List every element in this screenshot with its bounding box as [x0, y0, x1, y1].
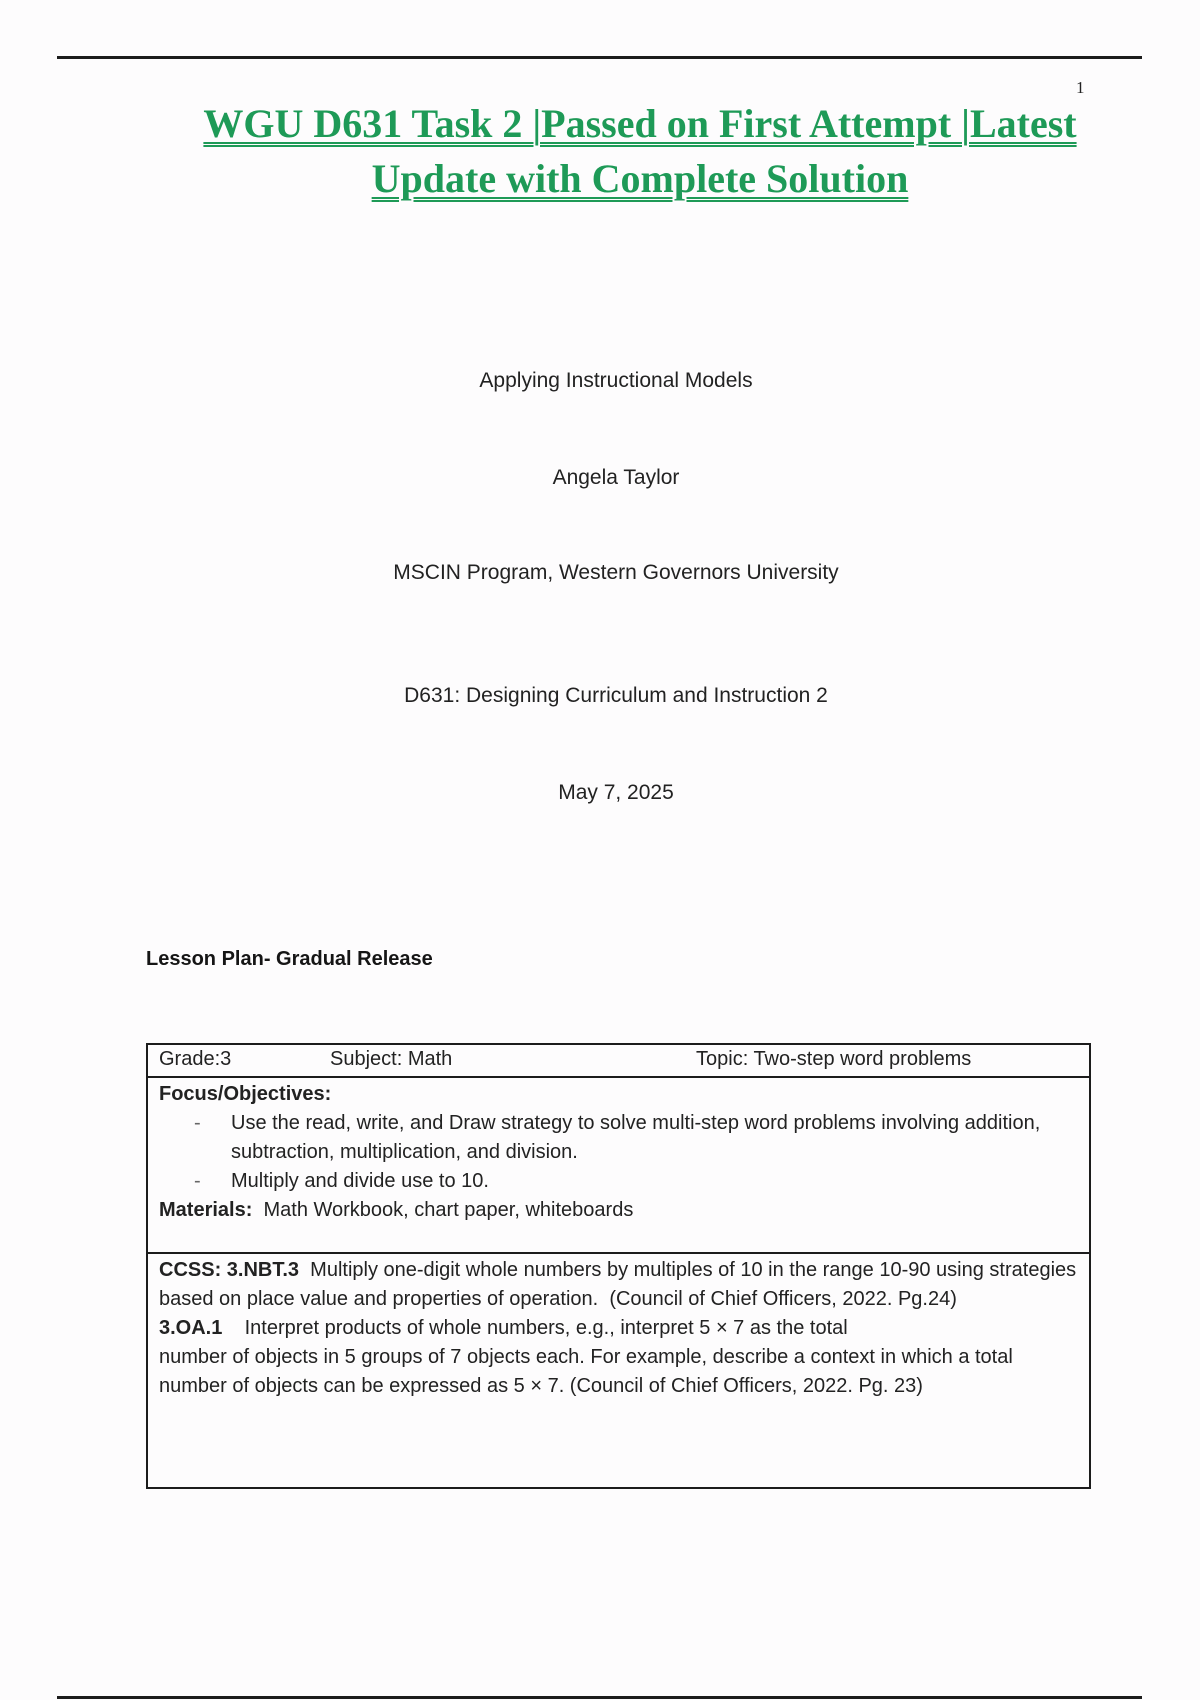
standard-text-oa-line1: Interpret products of whole numbers, e.g… [222, 1317, 847, 1339]
course-name: D631: Designing Curriculum and Instructi… [0, 684, 1200, 708]
topic-cell: Topic: Two-step word problems [696, 1048, 971, 1071]
subject-cell: Subject: Math [330, 1048, 452, 1071]
paper-title: Applying Instructional Models [0, 369, 1200, 393]
program-affiliation: MSCIN Program, Western Governors Univers… [0, 561, 1200, 585]
standard-oa: 3.OA.1 Interpret products of whole numbe… [159, 1314, 1078, 1401]
ccss-label: CCSS: [159, 1259, 221, 1281]
focus-objectives-label: Focus/Objectives: [159, 1080, 1078, 1109]
document-title-line-1: WGU D631 Task 2 |Passed on First Attempt… [203, 101, 1076, 146]
submission-date: May 7, 2025 [0, 781, 1200, 805]
standard-code-nbt: 3.NBT.3 [221, 1259, 299, 1281]
bullet-dash-icon: - [194, 1109, 201, 1138]
table-header-row: Grade:3 Subject: Math Topic: Two-step wo… [148, 1045, 1089, 1076]
objective-text: Multiply and divide use to 10. [231, 1170, 489, 1192]
standard-code-oa: 3.OA.1 [159, 1317, 222, 1339]
grade-cell: Grade:3 [159, 1048, 231, 1071]
bullet-dash-icon: - [194, 1167, 201, 1196]
header-rule [57, 56, 1142, 59]
materials-value: Math Workbook, chart paper, whiteboards [252, 1199, 633, 1221]
list-item: - Multiply and divide use to 10. [159, 1167, 1078, 1196]
page-number: 1 [1076, 78, 1085, 98]
standard-nbt: CCSS: 3.NBT.3 Multiply one-digit whole n… [159, 1256, 1078, 1314]
list-item: - Use the read, write, and Draw strategy… [159, 1109, 1078, 1167]
document-title: WGU D631 Task 2 |Passed on First Attempt… [150, 96, 1130, 206]
materials-line: Materials: Math Workbook, chart paper, w… [159, 1196, 1078, 1225]
author-name: Angela Taylor [0, 466, 1200, 490]
materials-label: Materials: [159, 1199, 252, 1221]
focus-objectives-row: Focus/Objectives: - Use the read, write,… [148, 1076, 1089, 1252]
objective-text: Use the read, write, and Draw strategy t… [231, 1112, 1040, 1163]
objectives-list: - Use the read, write, and Draw strategy… [159, 1109, 1078, 1196]
lesson-plan-heading: Lesson Plan- Gradual Release [146, 948, 433, 971]
lesson-plan-table: Grade:3 Subject: Math Topic: Two-step wo… [146, 1043, 1091, 1489]
standard-text-oa-rest: number of objects in 5 groups of 7 objec… [159, 1346, 1013, 1397]
standards-row: CCSS: 3.NBT.3 Multiply one-digit whole n… [148, 1252, 1089, 1487]
footer-rule [57, 1696, 1142, 1699]
document-title-line-2: Update with Complete Solution [372, 156, 909, 201]
